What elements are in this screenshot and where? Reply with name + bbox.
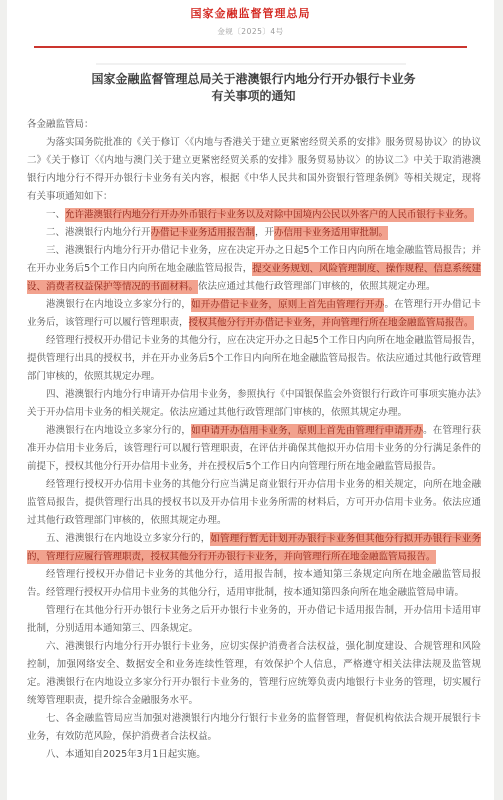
paragraph: 六、港澳银行内地分行开办银行卡业务，应切实保护消费者合法权益，强化制度建设、合规… (27, 638, 481, 710)
screenshot-stage: 国家金融监督管理总局 金规〔2025〕4号 国家金融监督管理总局关于港澳银行内地… (0, 0, 503, 800)
paragraph: 经管理行授权开办借记卡业务的其他分行，适用报告制，按本通知第三条规定向所在地金融… (27, 566, 481, 602)
text-run: 港澳银行在内地设立多家分行的， (46, 299, 191, 310)
paragraph: 五、港澳银行在内地设立多家分行的，如管理行暂无计划开办银行卡业务但其他分行拟开办… (27, 530, 481, 566)
document-body: 各金融监管局：为落实国务院批准的《关于修订〈《内地与香港关于建立更紧密经贸关系的… (27, 116, 481, 764)
highlighted-text-run: 办借记卡业务适用报告制 (151, 226, 256, 240)
text-run: 五、港澳银行在内地设立多家分行的， (46, 533, 210, 544)
text-run: 管理行在其他分行开办银行卡业务之后开办银行卡业务的，开办借记卡适用报告制，开办信… (27, 605, 481, 634)
highlighted-text-run: 办信用卡业务适用审批制。 (274, 226, 388, 240)
text-run: 七、各金融监管局应当加强对港澳银行内地分行银行卡业务的监督管理，督促机构依法合规… (27, 713, 481, 742)
paragraph: 三、港澳银行内地分行开办借记卡业务，应在决定开办之日起5个工作日内向所在地金融监… (27, 242, 481, 296)
paragraph: 港澳银行在内地设立多家分行的，如开办借记卡业务，原则上首先由管理行开办。在管理行… (27, 296, 481, 332)
text-run: 经管理行授权开办借记卡业务的其他分行，适用报告制，按本通知第三条规定向所在地金融… (27, 569, 481, 598)
document-title: 国家金融监督管理总局关于港澳银行内地分行开办银行卡业务 有关事项的通知 (27, 71, 480, 105)
paragraph: 港澳银行在内地设立多家分行的，如申请开办信用卡业务，原则上首先由管理行申请开办。… (27, 422, 481, 476)
text-run: 各金融监管局： (27, 119, 94, 130)
paragraph: 为落实国务院批准的《关于修订〈《内地与香港关于建立更紧密经贸关系的安排》服务贸易… (27, 134, 481, 206)
text-run: 经管理行授权开办借记卡业务的其他分行，应在决定开办之日起5个工作日内向所在地金融… (27, 335, 481, 382)
highlighted-text-run: 授权其他分行开办借记卡业务，并向管理行所在地金融监管局报告。 (189, 316, 474, 330)
text-run: 六、港澳银行内地分行开办银行卡业务，应切实保护消费者合法权益，强化制度建设、合规… (27, 641, 481, 706)
text-run: 依法应通过其他行政管理部门审核的，依照其规定办理。 (198, 281, 436, 292)
document-title-line1: 国家金融监督管理总局关于港澳银行内地分行开办银行卡业务 (91, 72, 415, 86)
highlighted-text-run: 如申请开办信用卡业务，原则上首先由管理行申请开办 (191, 424, 423, 438)
paragraph: 各金融监管局： (27, 116, 481, 134)
text-run: 港澳银行在内地设立多家分行的， (46, 425, 191, 436)
document-number: 金规〔2025〕4号 (7, 27, 494, 37)
highlighted-text-run: 允许港澳银行内地分行开办外币银行卡业务以及对除中国境内公民以外客户的人民币银行卡… (65, 208, 474, 222)
paragraph: 管理行在其他分行开办银行卡业务之后开办银行卡业务的，开办借记卡适用报告制，开办信… (27, 602, 481, 638)
text-run: 四、港澳银行内地分行申请开办信用卡业务，参照执行《中国银保监会外资银行行政许可事… (27, 389, 481, 418)
paragraph: 二、港澳银行内地分行开办借记卡业务适用报告制，开办信用卡业务适用审批制。 (27, 224, 481, 242)
document-title-line2: 有关事项的通知 (211, 89, 295, 103)
text-run: 为落实国务院批准的《关于修订〈《内地与香港关于建立更紧密经贸关系的安排》服务贸易… (27, 137, 481, 202)
text-run: 一、 (46, 209, 65, 220)
document-header: 国家金融监督管理总局 金规〔2025〕4号 (7, 0, 494, 65)
text-run: 经管理行授权开办信用卡业务的其他分行应当满足商业银行开办信用卡业务的相关规定，向… (27, 479, 481, 526)
faint-divider-line (96, 63, 406, 65)
paragraph: 七、各金融监管局应当加强对港澳银行内地分行银行卡业务的监督管理，督促机构依法合规… (27, 710, 481, 746)
paragraph: 经管理行授权开办信用卡业务的其他分行应当满足商业银行开办信用卡业务的相关规定，向… (27, 476, 481, 530)
text-run: ，开 (255, 227, 274, 238)
paragraph: 四、港澳银行内地分行申请开办信用卡业务，参照执行《中国银保监会外资银行行政许可事… (27, 386, 481, 422)
paragraph: 八、本通知自2025年3月1日起实施。 (27, 746, 481, 764)
text-run: 二、港澳银行内地分行开 (46, 227, 151, 238)
issuing-agency-title: 国家金融监督管理总局 (7, 7, 494, 21)
red-divider-line (34, 46, 467, 48)
highlighted-text-run: 如开办借记卡业务，原则上首先由管理行开办 (191, 298, 384, 312)
paragraph: 经管理行授权开办借记卡业务的其他分行，应在决定开办之日起5个工作日内向所在地金融… (27, 332, 481, 386)
document-page: 国家金融监督管理总局 金规〔2025〕4号 国家金融监督管理总局关于港澳银行内地… (7, 0, 494, 800)
text-run: 八、本通知自2025年3月1日起实施。 (46, 749, 206, 760)
paragraph: 一、允许港澳银行内地分行开办外币银行卡业务以及对除中国境内公民以外客户的人民币银… (27, 206, 481, 224)
